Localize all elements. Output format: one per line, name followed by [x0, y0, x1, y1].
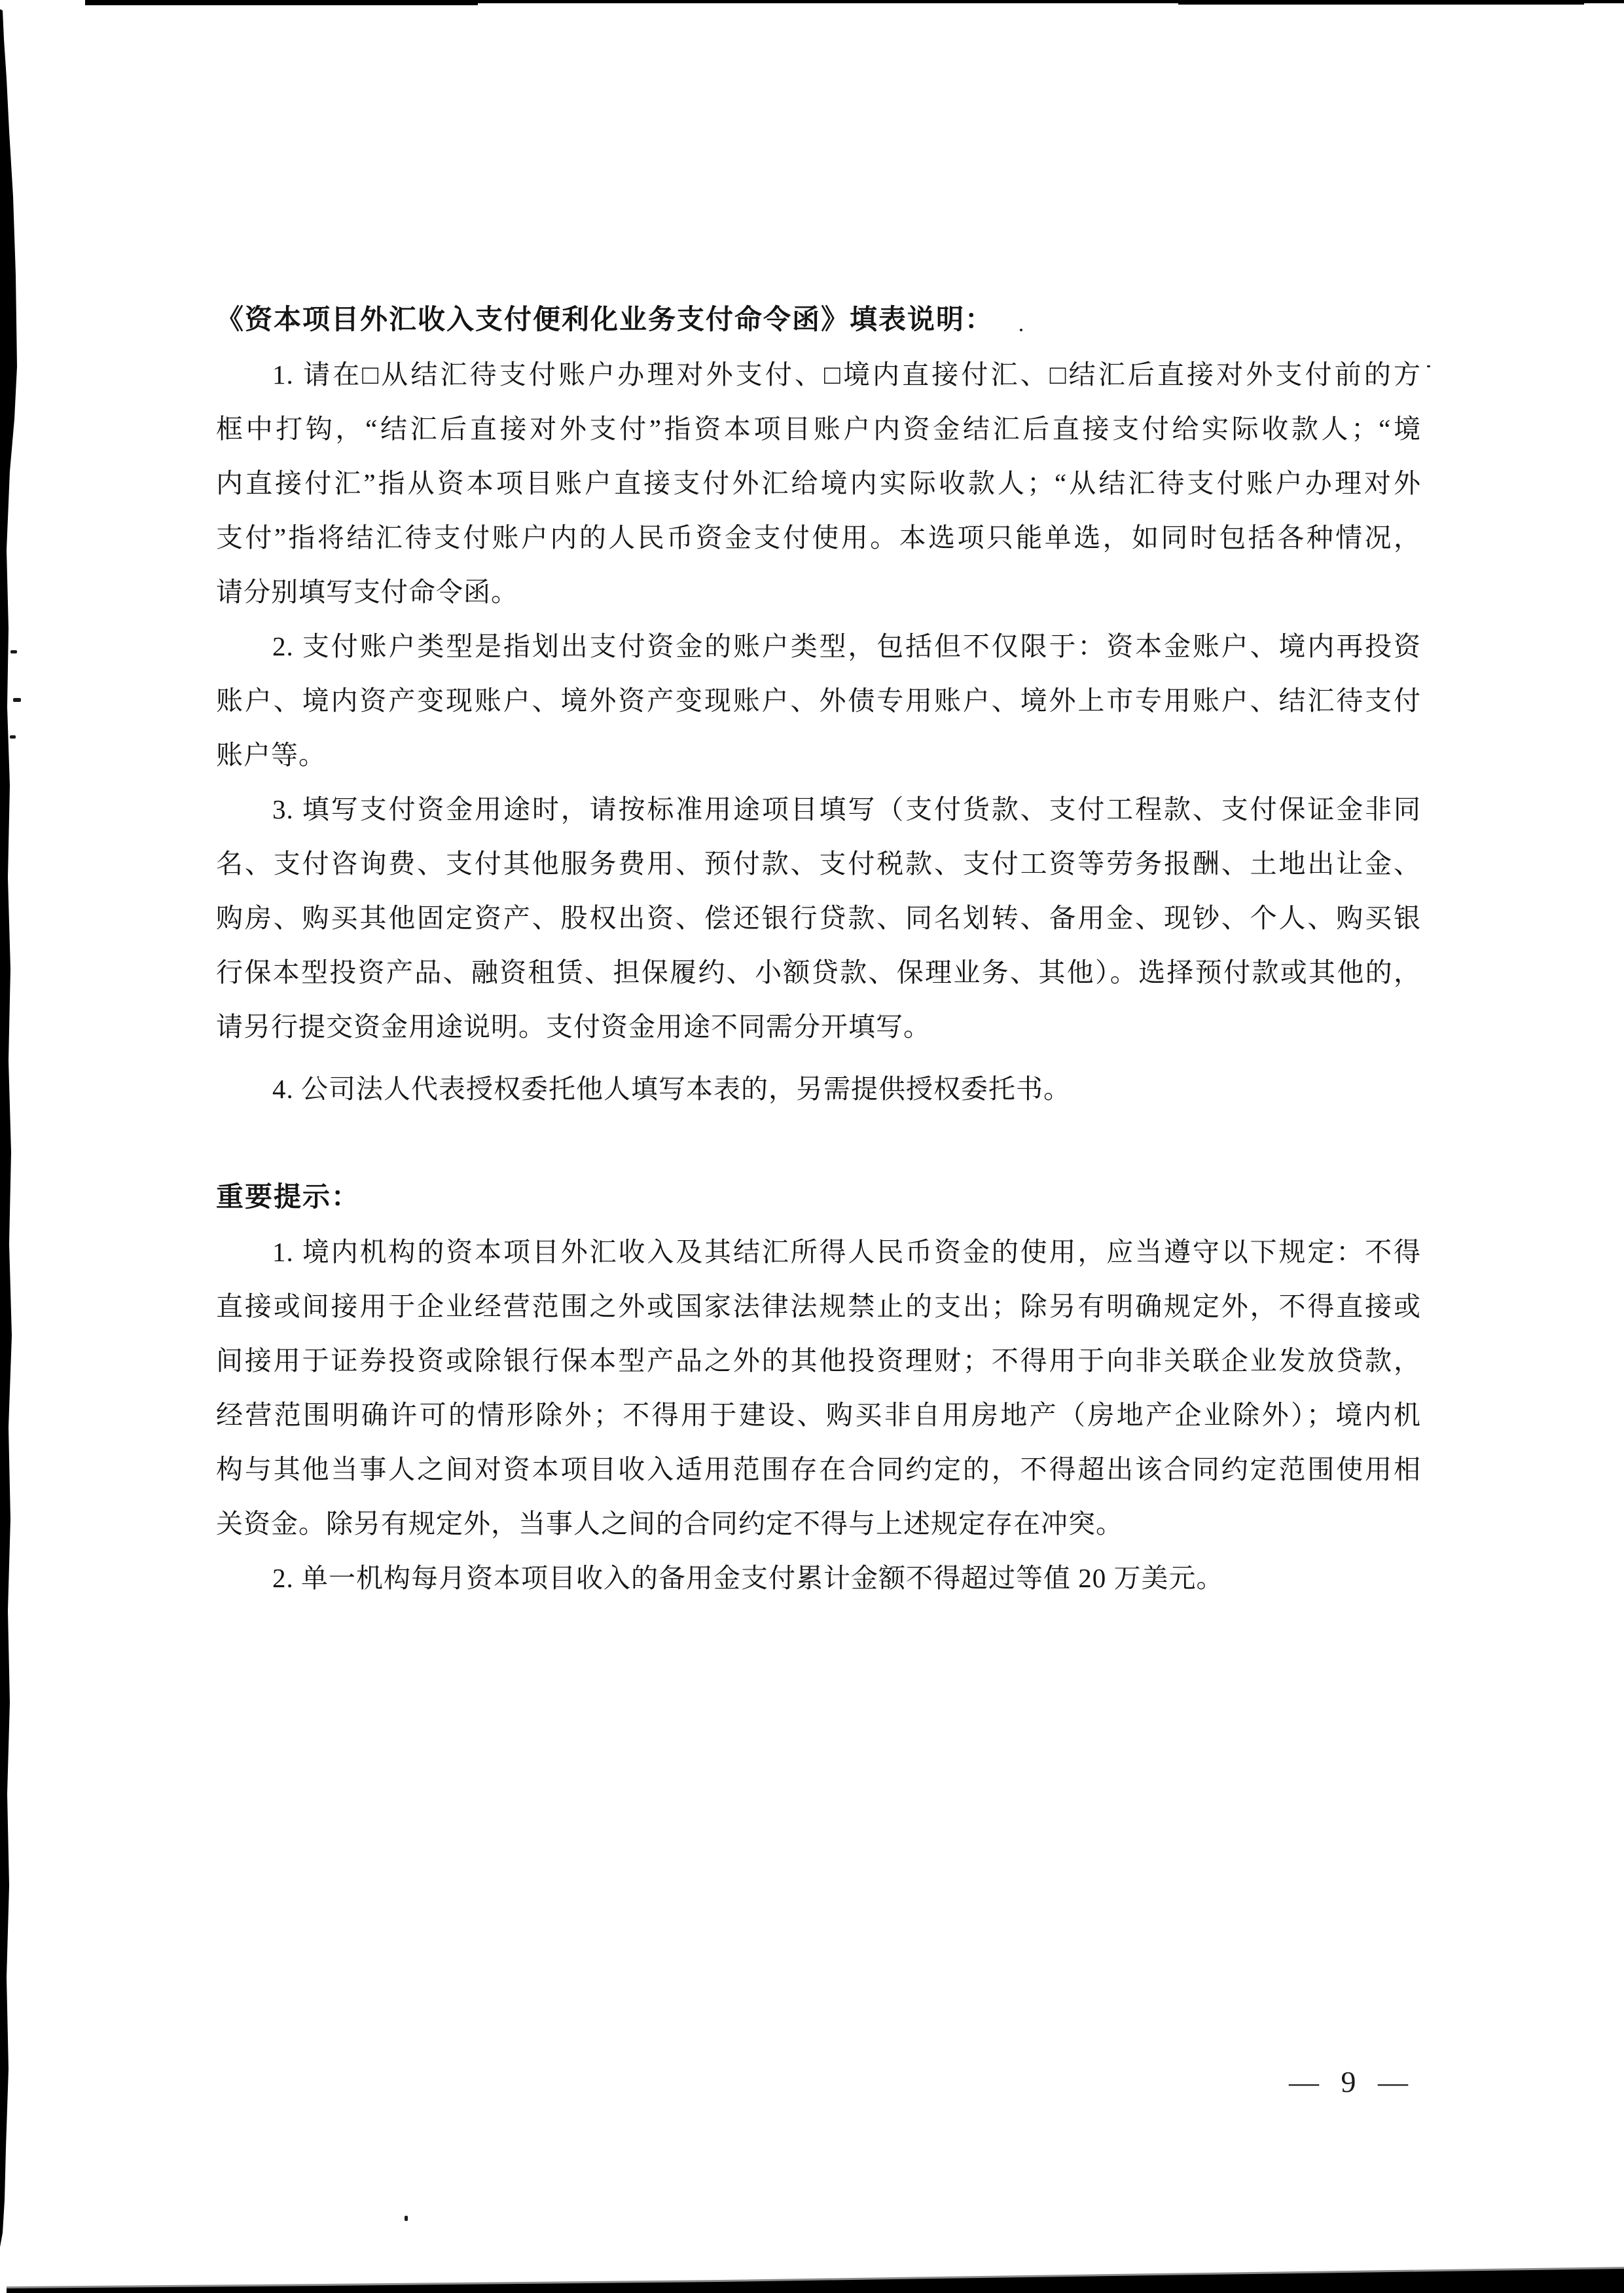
- scan-artifact-top-edge-segment: [1178, 0, 1584, 5]
- paragraph: 2. 单一机构每月资本项目收入的备用金支付累计金额不得超过等值 20 万美元。: [216, 1551, 1421, 1605]
- text-line: 2. 支付账户类型是指划出支付资金的账户类型，包括但不仅限于：资本金账户、境内再…: [216, 619, 1421, 674]
- text-line: 3. 填写支付资金用途时，请按标准用途项目填写（支付货款、支付工程款、支付保证金…: [216, 782, 1421, 837]
- page-number: — 9 —: [1263, 2061, 1434, 2103]
- text-line: 购房、购买其他固定资产、股权出资、偿还银行贷款、同名划转、备用金、现钞、个人、购…: [216, 891, 1421, 945]
- scan-speck: [10, 650, 17, 653]
- text-line: 请分别填写支付命令函。: [216, 565, 1421, 619]
- text-line: 2. 单一机构每月资本项目收入的备用金支付累计金额不得超过等值 20 万美元。: [216, 1551, 1421, 1605]
- scan-artifact-bottom-edge: [0, 2265, 1624, 2293]
- text-line: 名、支付咨询费、支付其他服务费用、预付款、支付税款、支付工资等劳务报酬、土地出让…: [216, 837, 1421, 891]
- paragraph: 1. 请在□从结汇待支付账户办理对外支付、□境内直接付汇、□结汇后直接对外支付前…: [216, 348, 1421, 619]
- paragraph: 2. 支付账户类型是指划出支付资金的账户类型，包括但不仅限于：资本金账户、境内再…: [216, 619, 1421, 782]
- text-line: 内直接付汇”指从资本项目账户直接支付外汇给境内实际收款人；“从结汇待支付账户办理…: [216, 456, 1421, 511]
- document-sections: 1. 请在□从结汇待支付账户办理对外支付、□境内直接付汇、□结汇后直接对外支付前…: [216, 348, 1421, 1605]
- scan-artifact-top-edge-segment: [85, 0, 478, 5]
- text-line: 4. 公司法人代表授权委托他人填写本表的，另需提供授权委托书。: [216, 1062, 1421, 1116]
- paragraph: 4. 公司法人代表授权委托他人填写本表的，另需提供授权委托书。: [216, 1062, 1421, 1116]
- paragraph: 3. 填写支付资金用途时，请按标准用途项目填写（支付货款、支付工程款、支付保证金…: [216, 782, 1421, 1054]
- text-line: 构与其他当事人之间对资本项目收入适用范围存在合同约定的，不得超出该合同约定范围使…: [216, 1442, 1421, 1497]
- scan-speck: [405, 2216, 408, 2221]
- paragraph: 1. 境内机构的资本项目外汇收入及其结汇所得人民币资金的使用，应当遵守以下规定：…: [216, 1225, 1421, 1551]
- scanned-document-page: 《资本项目外汇收入支付便利化业务支付命令函》填表说明： 1. 请在□从结汇待支付…: [0, 0, 1624, 2293]
- text-line: 支付”指将结汇待支付账户内的人民币资金支付使用。本选项只能单选，如同时包括各种情…: [216, 511, 1421, 565]
- text-line: 间接用于证券投资或除银行保本型产品之外的其他投资理财；不得用于向非关联企业发放贷…: [216, 1334, 1421, 1388]
- text-line: 请另行提交资金用途说明。支付资金用途不同需分开填写。: [216, 1000, 1421, 1054]
- text-line: 框中打钩，“结汇后直接对外支付”指资本项目账户内资金结汇后直接支付给实际收款人；…: [216, 402, 1421, 456]
- document-title: 《资本项目外汇收入支付便利化业务支付命令函》填表说明：: [216, 293, 1421, 348]
- scan-artifact-left-edge: [0, 0, 20, 2293]
- scan-speck: [1427, 365, 1430, 367]
- text-line: 账户等。: [216, 728, 1421, 782]
- text-line: 直接或间接用于企业经营范围之外或国家法律法规禁止的支出；除另有明确规定外，不得直…: [216, 1279, 1421, 1334]
- text-line: 1. 请在□从结汇待支付账户办理对外支付、□境内直接付汇、□结汇后直接对外支付前…: [216, 348, 1421, 402]
- text-line: 行保本型投资产品、融资租赁、担保履约、小额贷款、保理业务、其他）。选择预付款或其…: [216, 945, 1421, 1000]
- text-line: 关资金。除另有规定外，当事人之间的合同约定不得与上述规定存在冲突。: [216, 1497, 1421, 1551]
- document-content: 《资本项目外汇收入支付便利化业务支付命令函》填表说明： 1. 请在□从结汇待支付…: [216, 293, 1421, 1605]
- text-line: 账户、境内资产变现账户、境外资产变现账户、外债专用账户、境外上市专用账户、结汇待…: [216, 674, 1421, 728]
- text-line: 1. 境内机构的资本项目外汇收入及其结汇所得人民币资金的使用，应当遵守以下规定：…: [216, 1225, 1421, 1279]
- text-line: 经营范围明确许可的情形除外；不得用于建设、购买非自用房地产（房地产企业除外）；境…: [216, 1388, 1421, 1442]
- scan-speck: [13, 698, 21, 702]
- scan-speck: [10, 735, 16, 739]
- section-heading: 重要提示：: [216, 1171, 1421, 1225]
